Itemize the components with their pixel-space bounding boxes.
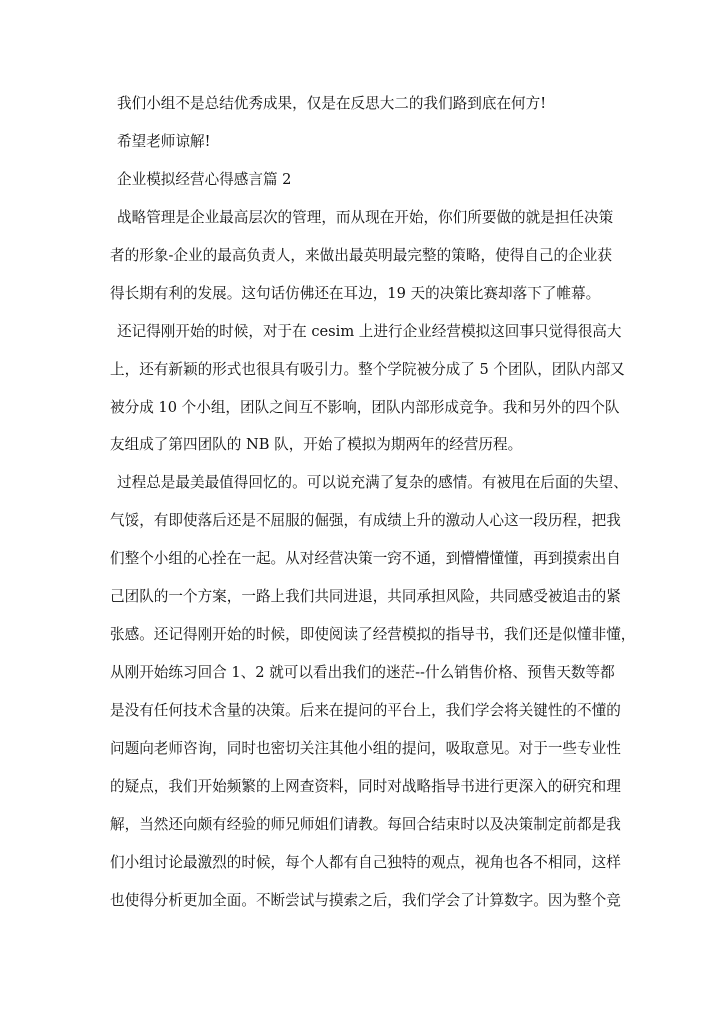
text-line: 从刚开始练习回合 1、2 就可以看出我们的迷茫--什么销售价格、预售天数等都 <box>110 663 612 701</box>
text-line: 战略管理是企业最高层次的管理，而从现在开始，你们所要做的就是担任决策 <box>110 208 612 246</box>
text-line: 上，还有新颖的形式也很具有吸引力。整个学院被分成了 5 个团队，团队内部又 <box>110 360 612 398</box>
paragraph-strategy-management: 战略管理是企业最高层次的管理，而从现在开始，你们所要做的就是担任决策 者的形象-… <box>110 208 612 322</box>
document-body: 我们小组不是总结优秀成果，仅是在反思大二的我们路到底在何方! 希望老师谅解! 企… <box>110 94 612 929</box>
document-page: 我们小组不是总结优秀成果，仅是在反思大二的我们路到底在何方! 希望老师谅解! 企… <box>0 0 721 1020</box>
text-line: 们小组讨论最激烈的时候，每个人都有自己独特的观点，视角也各不相同，这样 <box>110 853 612 891</box>
paragraph-apology: 希望老师谅解! <box>110 132 612 170</box>
section-title: 企业模拟经营心得感言篇 2 <box>110 170 612 208</box>
text-line: 也使得分析更加全面。不断尝试与摸索之后，我们学会了计算数字。因为整个竞 <box>110 891 612 929</box>
text-line: 友组成了第四团队的 NB 队，开始了模拟为期两年的经营历程。 <box>110 435 612 473</box>
text-line: 希望老师谅解! <box>110 132 612 170</box>
paragraph-beginning: 还记得刚开始的时候，对于在 cesim 上进行企业经营模拟这回事只觉得很高大 上… <box>110 322 612 474</box>
text-line: 是没有任何技术含量的决策。后来在提问的平台上，我们学会将关键性的不懂的 <box>110 701 612 739</box>
text-line: 被分成 10 个小组，团队之间互不影响，团队内部形成竞争。我和另外的四个队 <box>110 398 612 436</box>
text-line: 我们小组不是总结优秀成果，仅是在反思大二的我们路到底在何方! <box>110 94 612 132</box>
text-line: 己团队的一个方案，一路上我们共同进退，共同承担风险，共同感受被追击的紧 <box>110 587 612 625</box>
text-line: 们整个小组的心拴在一起。从对经营决策一窍不通，到懵懵懂懂，再到摸索出自 <box>110 549 612 587</box>
text-line: 还记得刚开始的时候，对于在 cesim 上进行企业经营模拟这回事只觉得很高大 <box>110 322 612 360</box>
paragraph-process: 过程总是最美最值得回忆的。可以说充满了复杂的感情。有被甩在后面的失望、 气馁，有… <box>110 473 612 928</box>
text-line: 的疑点，我们开始频繁的上网查资料，同时对战略指导书进行更深入的研究和理 <box>110 777 612 815</box>
text-line: 得长期有利的发展。这句话仿佛还在耳边，19 天的决策比赛却落下了帷幕。 <box>110 284 612 322</box>
section-heading: 企业模拟经营心得感言篇 2 <box>110 170 612 208</box>
text-line: 气馁，有即使落后还是不屈服的倔强，有成绩上升的激动人心这一段历程，把我 <box>110 511 612 549</box>
text-line: 解，当然还向颇有经验的师兄师姐们请教。每回合结束时以及决策制定前都是我 <box>110 815 612 853</box>
text-line: 者的形象-企业的最高负责人，来做出最英明最完整的策略，使得自己的企业获 <box>110 246 612 284</box>
text-line: 问题向老师咨询，同时也密切关注其他小组的提问，吸取意见。对于一些专业性 <box>110 739 612 777</box>
text-line: 张感。还记得刚开始的时候，即使阅读了经营模拟的指导书，我们还是似懂非懂， <box>110 625 612 663</box>
paragraph-closing-remark: 我们小组不是总结优秀成果，仅是在反思大二的我们路到底在何方! <box>110 94 612 132</box>
text-line: 过程总是最美最值得回忆的。可以说充满了复杂的感情。有被甩在后面的失望、 <box>110 473 612 511</box>
